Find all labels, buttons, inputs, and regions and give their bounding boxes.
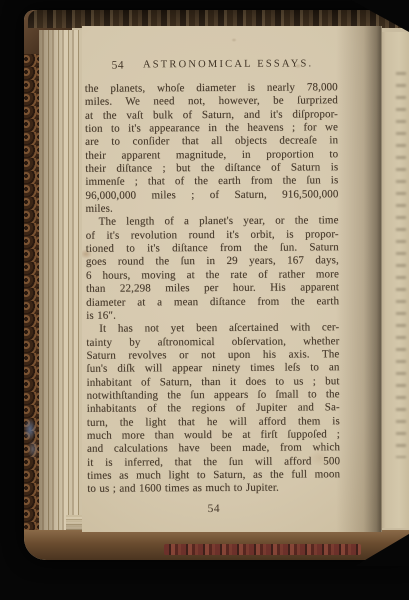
text-line: are to conſider that all objects decreaſ… [85,135,338,150]
paragraph: the planets, whoſe diameter is nearly 78… [85,81,339,216]
book-bottom-edge [24,530,409,560]
text-line: tainty by aſtronomical obſervation, whet… [86,335,339,350]
facing-page-text-blur [396,72,406,458]
paragraph: The length of a planet's year, or the ti… [86,215,340,323]
page-header: 54 ASTRONOMICAL ESSAYS. [85,57,338,74]
marbled-fore-edge [24,54,39,548]
book: 54 ASTRONOMICAL ESSAYS. the planets, who… [24,10,409,560]
text-line: miles. We need not, however, be ſurprize… [85,95,338,110]
text-line: immenſe ; that of the earth from the ſun… [85,175,338,190]
page-body-text: the planets, whoſe diameter is nearly 78… [85,81,341,496]
running-title: ASTRONOMICAL ESSAYS. [143,58,313,70]
text-column: 54 ASTRONOMICAL ESSAYS. the planets, who… [85,57,341,515]
text-line: goes round the ſun in 29 years, 167 days… [86,255,339,270]
page-footer: 54 [87,502,340,516]
paragraph: It has not yet been aſcertained with cer… [86,321,340,496]
page-edges-left [39,30,82,536]
text-line: times as much light to Saturn, as the fu… [87,468,340,483]
text-line: to us ; and 1600 times as much to Jupite… [87,482,340,497]
text-line: diameter at a mean diſtance from the ear… [86,295,339,310]
text-line: The length of a planet's year, or the ti… [86,215,339,230]
text-line: and calculations have been made, from wh… [87,442,340,457]
text-line: than 22,298 miles per hour. His apparent [86,281,339,296]
gutter-shadow [336,26,382,532]
page-number-top: 54 [112,60,125,72]
text-line: ſun's diſk will appear ninety times leſs… [86,361,339,376]
page-number-bottom: 54 [208,503,221,515]
book-photo: 54 ASTRONOMICAL ESSAYS. the planets, who… [0,0,409,600]
text-line: inhabitants of the regions of Jupiter an… [87,401,340,416]
marbled-strip [164,544,361,555]
text-line: 96,000,000 miles ; of Saturn, 916,500,00… [85,188,338,203]
book-page: 54 ASTRONOMICAL ESSAYS. the planets, who… [82,26,382,532]
text-line: It has not yet been aſcertained with cer… [86,321,339,336]
